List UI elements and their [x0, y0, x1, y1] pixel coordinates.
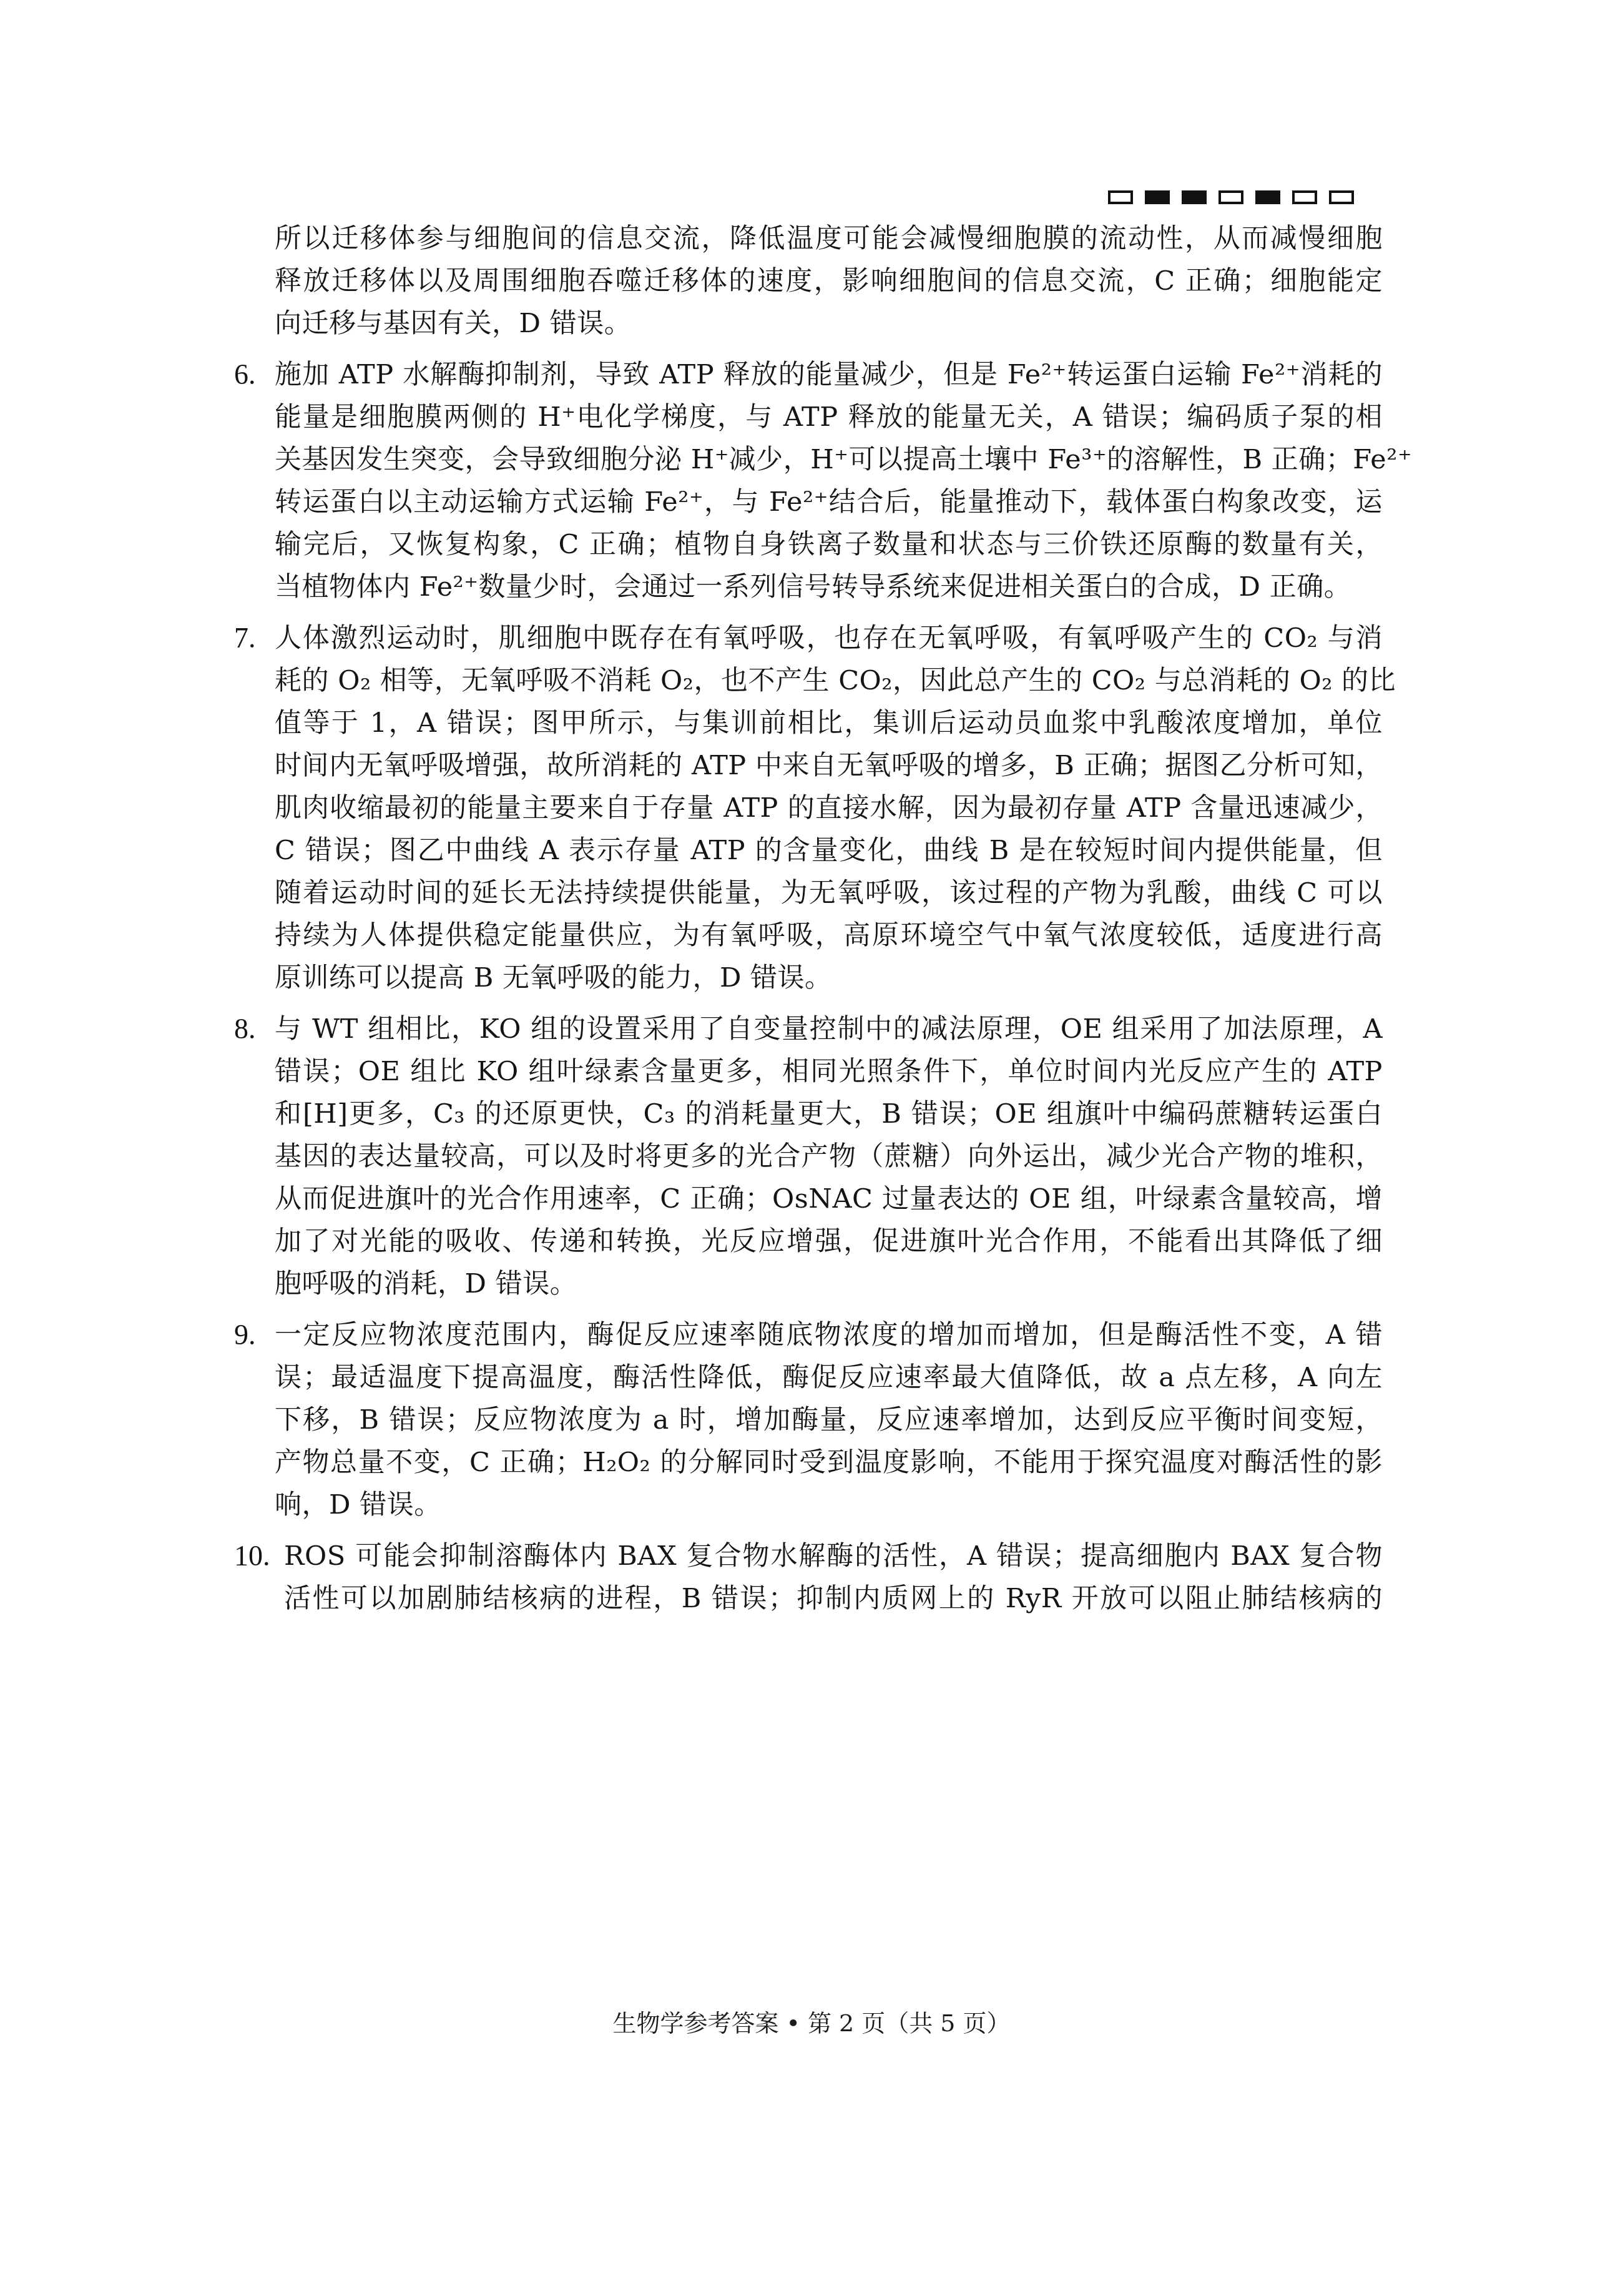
- text-line: 肌肉收缩最初的能量主要来自于存量 ATP 的直接水解，因为最初存量 ATP 含量…: [275, 787, 1383, 829]
- marker-box-filled: [1145, 190, 1170, 204]
- item-number: 7.: [234, 617, 256, 659]
- text-line: 加了对光能的吸收、传递和转换，光反应增强，促进旗叶光合作用，不能看出其降低了细: [275, 1220, 1383, 1263]
- text-line: 转运蛋白以主动运输方式运输 Fe²⁺，与 Fe²⁺结合后，能量推动下，载体蛋白构…: [275, 481, 1383, 523]
- text-line: 能量是细胞膜两侧的 H⁺电化学梯度，与 ATP 释放的能量无关，A 错误；编码质…: [275, 396, 1383, 438]
- answer-item-6: 6. 施加 ATP 水解酶抑制剂，导致 ATP 释放的能量减少，但是 Fe²⁺转…: [234, 353, 1383, 608]
- text-line: 输完后，又恢复构象，C 正确；植物自身铁离子数量和状态与三价铁还原酶的数量有关，: [275, 523, 1383, 566]
- text-line: 下移，B 错误；反应物浓度为 a 时，增加酶量，反应速率增加，达到反应平衡时间变…: [275, 1399, 1383, 1441]
- page-marker-boxes: [1108, 190, 1354, 204]
- item-number: 10.: [234, 1535, 270, 1577]
- text-line: 耗的 O₂ 相等，无氧呼吸不消耗 O₂，也不产生 CO₂，因此总产生的 CO₂ …: [275, 659, 1383, 702]
- text-line: 释放迁移体以及周围细胞吞噬迁移体的速度，影响细胞间的信息交流，C 正确；细胞能定: [275, 260, 1383, 302]
- marker-box-filled: [1182, 190, 1207, 204]
- text-line: C 错误；图乙中曲线 A 表示存量 ATP 的含量变化，曲线 B 是在较短时间内…: [275, 829, 1383, 872]
- item-number: 6.: [234, 353, 256, 396]
- answer-item-8: 8. 与 WT 组相比，KO 组的设置采用了自变量控制中的减法原理，OE 组采用…: [234, 1008, 1383, 1305]
- text-line: 与 WT 组相比，KO 组的设置采用了自变量控制中的减法原理，OE 组采用了加法…: [275, 1008, 1383, 1050]
- text-line: 响，D 错误。: [275, 1484, 1383, 1526]
- text-line: 基因的表达量较高，可以及时将更多的光合产物（蔗糖）向外运出，减少光合产物的堆积，: [275, 1135, 1383, 1178]
- marker-box-empty: [1108, 190, 1133, 204]
- text-line: 当植物体内 Fe²⁺数量少时，会通过一系列信号转导系统来促进相关蛋白的合成，D …: [275, 566, 1383, 608]
- answer-item-7: 7. 人体激烈运动时，肌细胞中既存在有氧呼吸，也存在无氧呼吸，有氧呼吸产生的 C…: [234, 617, 1383, 999]
- answer-item-5-continuation: 所以迁移体参与细胞间的信息交流，降低温度可能会减慢细胞膜的流动性，从而减慢细胞 …: [234, 217, 1383, 345]
- text-line: 一定反应物浓度范围内，酶促反应速率随底物浓度的增加而增加，但是酶活性不变，A 错: [275, 1314, 1383, 1356]
- text-line: 误；最适温度下提高温度，酶活性降低，酶促反应速率最大值降低，故 a 点左移，A …: [275, 1356, 1383, 1399]
- text-line: 错误；OE 组比 KO 组叶绿素含量更多，相同光照条件下，单位时间内光反应产生的…: [275, 1050, 1383, 1093]
- text-line: 从而促进旗叶的光合作用速率，C 正确；OsNAC 过量表达的 OE 组，叶绿素含…: [275, 1178, 1383, 1220]
- text-line: 向迁移与基因有关，D 错误。: [275, 302, 1383, 345]
- text-line: 所以迁移体参与细胞间的信息交流，降低温度可能会减慢细胞膜的流动性，从而减慢细胞: [275, 217, 1383, 260]
- text-line: 活性可以加剧肺结核病的进程，B 错误；抑制内质网上的 RyR 开放可以阻止肺结核…: [284, 1577, 1383, 1620]
- marker-box-empty: [1292, 190, 1317, 204]
- text-line: 人体激烈运动时，肌细胞中既存在有氧呼吸，也存在无氧呼吸，有氧呼吸产生的 CO₂ …: [275, 617, 1383, 659]
- page-footer: 生物学参考答案 • 第 2 页（共 5 页）: [0, 2004, 1623, 2042]
- text-line: 时间内无氧呼吸增强，故所消耗的 ATP 中来自无氧呼吸的增多，B 正确；据图乙分…: [275, 744, 1383, 787]
- text-line: 值等于 1，A 错误；图甲所示，与集训前相比，集训后运动员血浆中乳酸浓度增加，单…: [275, 702, 1383, 744]
- text-line: 施加 ATP 水解酶抑制剂，导致 ATP 释放的能量减少，但是 Fe²⁺转运蛋白…: [275, 353, 1383, 396]
- text-line: ROS 可能会抑制溶酶体内 BAX 复合物水解酶的活性，A 错误；提高细胞内 B…: [284, 1535, 1383, 1577]
- answer-item-9: 9. 一定反应物浓度范围内，酶促反应速率随底物浓度的增加而增加，但是酶活性不变，…: [234, 1314, 1383, 1526]
- text-line: 和[H]更多，C₃ 的还原更快，C₃ 的消耗量更大，B 错误；OE 组旗叶中编码…: [275, 1093, 1383, 1135]
- answer-content: 所以迁移体参与细胞间的信息交流，降低温度可能会减慢细胞膜的流动性，从而减慢细胞 …: [234, 217, 1383, 1620]
- marker-box-empty: [1218, 190, 1243, 204]
- text-line: 胞呼吸的消耗，D 错误。: [275, 1263, 1383, 1305]
- text-line: 原训练可以提高 B 无氧呼吸的能力，D 错误。: [275, 957, 1383, 999]
- marker-box-filled: [1255, 190, 1280, 204]
- text-line: 关基因发生突变，会导致细胞分泌 H⁺减少，H⁺可以提高土壤中 Fe³⁺的溶解性，…: [275, 438, 1383, 481]
- item-number: 8.: [234, 1008, 256, 1050]
- text-line: 持续为人体提供稳定能量供应，为有氧呼吸，高原环境空气中氧气浓度较低，适度进行高: [275, 914, 1383, 957]
- marker-box-empty: [1329, 190, 1354, 204]
- text-line: 产物总量不变，C 正确；H₂O₂ 的分解同时受到温度影响，不能用于探究温度对酶活…: [275, 1441, 1383, 1484]
- item-number: 9.: [234, 1314, 256, 1356]
- text-line: 随着运动时间的延长无法持续提供能量，为无氧呼吸，该过程的产物为乳酸，曲线 C 可…: [275, 872, 1383, 914]
- answer-item-10: 10. ROS 可能会抑制溶酶体内 BAX 复合物水解酶的活性，A 错误；提高细…: [234, 1535, 1383, 1620]
